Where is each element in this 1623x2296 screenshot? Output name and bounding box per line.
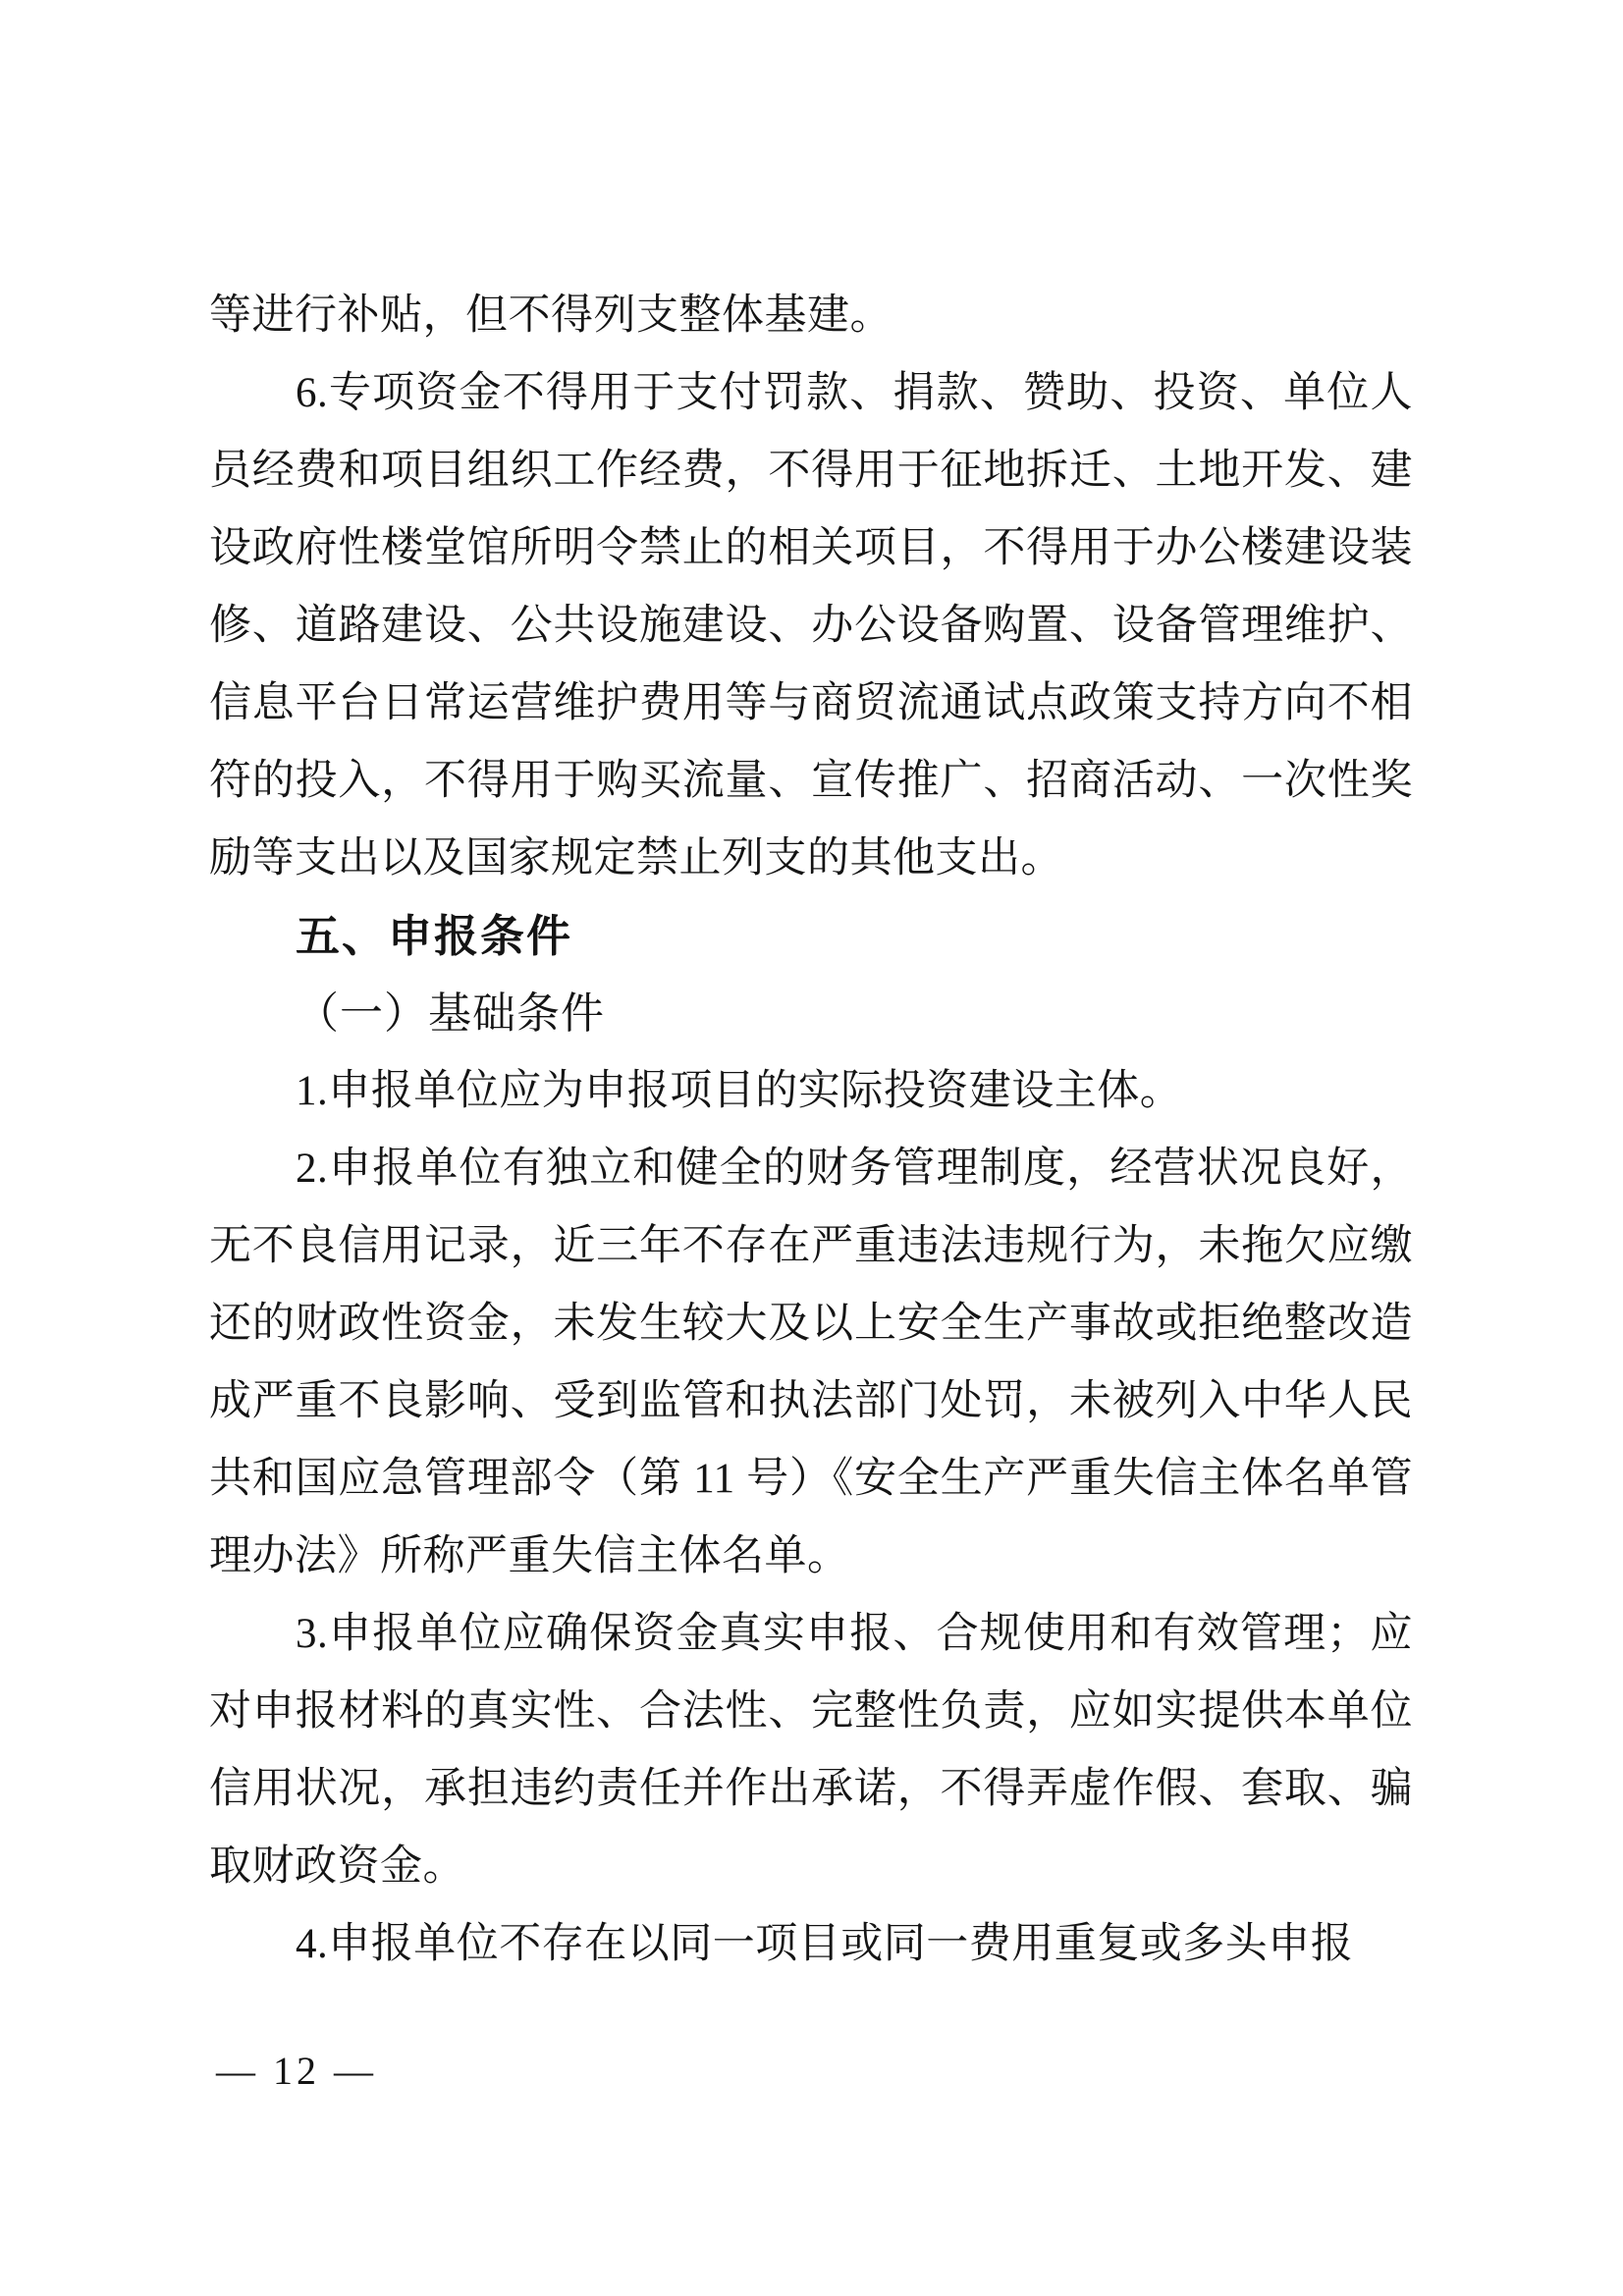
document-page: 等进行补贴，但不得列支整体基建。6.专项资金不得用于支付罚款、捐款、赞助、投资、… [0,0,1623,2296]
body-paragraph: 3.申报单位应确保资金真实申报、合规使用和有效管理；应对申报材料的真实性、合法性… [209,1595,1413,1905]
page-number: — 12 — [216,2048,377,2094]
body-paragraph: 2.申报单位有独立和健全的财务管理制度，经营状况良好，无不良信用记录，近三年不存… [209,1130,1413,1595]
body-paragraph: 等进行补贴，但不得列支整体基建。 [209,277,1413,354]
subsection-heading: （一）基础条件 [209,975,1413,1052]
body-paragraph: 4.申报单位不存在以同一项目或同一费用重复或多头申报 [209,1905,1413,1983]
document-body: 等进行补贴，但不得列支整体基建。6.专项资金不得用于支付罚款、捐款、赞助、投资、… [209,277,1413,1983]
section-heading: 五、申报条件 [209,897,1413,975]
body-paragraph: 1.申报单位应为申报项目的实际投资建设主体。 [209,1052,1413,1130]
body-paragraph: 6.专项资金不得用于支付罚款、捐款、赞助、投资、单位人员经费和项目组织工作经费，… [209,354,1413,897]
